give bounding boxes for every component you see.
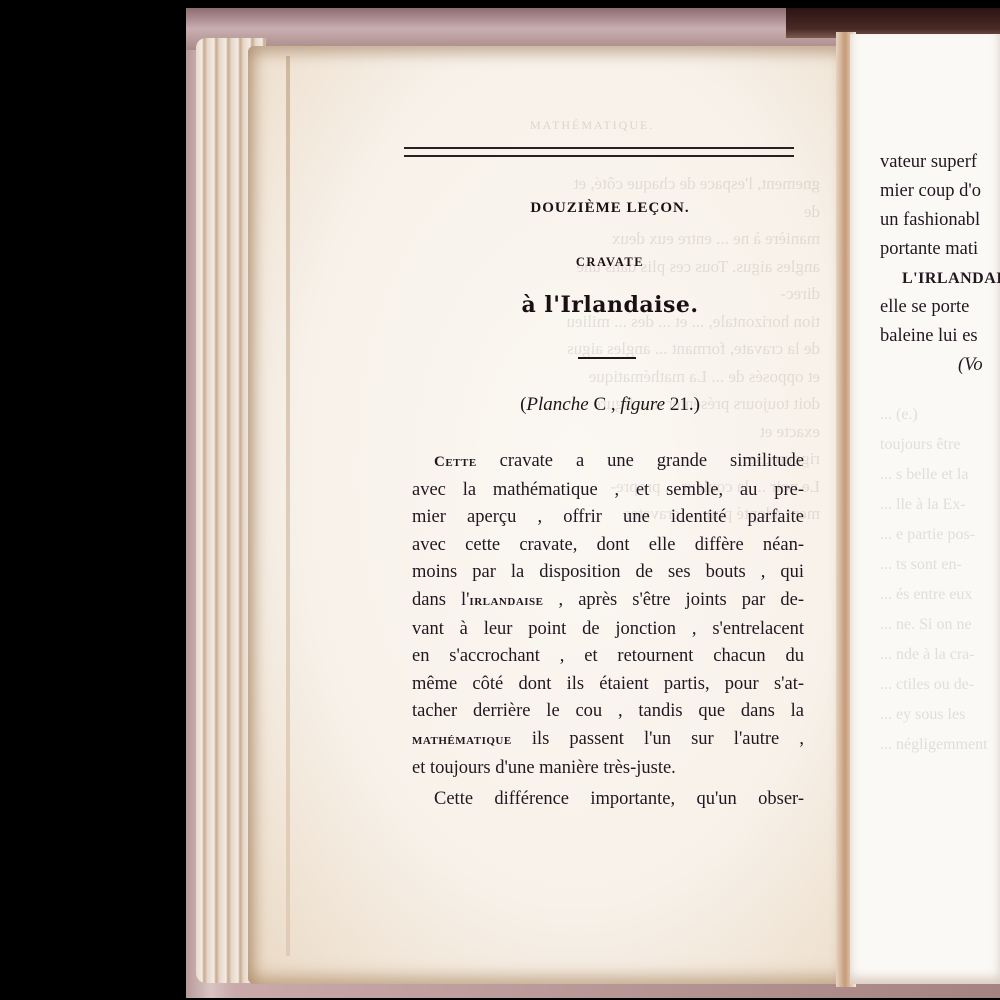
water-stain <box>286 56 290 956</box>
right-line-small-caps: L'IRLANDAIS <box>880 264 1000 293</box>
planche-label: Planche <box>526 394 588 415</box>
text-line: avec cette cravate, dont elle diffère né… <box>412 532 804 560</box>
ghost-line: ... lle à la Ex- <box>880 490 988 520</box>
text-line: avec la mathématique , et semble, au pre… <box>412 477 804 505</box>
right-line: un fashionabl <box>880 206 1000 235</box>
ghost-line: ... ey sous les <box>880 700 988 730</box>
plate-reference: (Planche C , figure 21.) <box>400 394 820 416</box>
line-text: Cette différence importante, qu'un obser… <box>434 789 804 809</box>
ghost-line: ... (e.) <box>880 400 988 430</box>
right-line: mier coup d'o <box>880 177 1000 206</box>
right-line: elle se porte <box>880 293 1000 322</box>
paren-close: ) <box>694 394 700 415</box>
line-text: tacher derrière le cou , tandis que dans… <box>412 701 804 721</box>
text-line: même côté dont ils étaient partis, pour … <box>412 671 804 699</box>
right-line: vateur superf <box>880 148 1000 177</box>
ghost-line: ... nde à la cra- <box>880 640 988 670</box>
ghost-line: ... e partie pos- <box>880 520 988 550</box>
line-text: en s'accrochant , et retournent chacun d… <box>412 646 804 666</box>
line-text: même côté dont ils étaient partis, pour … <box>412 674 804 694</box>
ghost-line: ... ctiles ou de- <box>880 670 988 700</box>
line-text: vant à leur point de jonction , s'entrel… <box>412 619 804 639</box>
chapter-subtitle: CRAVATE <box>400 255 820 270</box>
right-line-italic: (Vo <box>880 351 1000 380</box>
right-show-through: ... (e.) toujours être ... s belle et la… <box>860 400 1000 780</box>
planche-letter: C <box>593 394 606 415</box>
right-page-text: vateur superf mier coup d'o un fashionab… <box>880 148 1000 380</box>
text-line: Cette cravate a une grande similitude <box>412 448 804 477</box>
line-text: mier aperçu , offrir une identité parfai… <box>412 507 804 527</box>
text-line: moins par la disposition de ses bouts , … <box>412 559 804 587</box>
header-double-rule <box>404 147 794 157</box>
right-ghost-block: ... (e.) toujours être ... s belle et la… <box>880 400 988 760</box>
ghost-line: ... s belle et la <box>880 460 988 490</box>
small-caps-word: irlandaise <box>469 593 543 609</box>
line-text: avec la mathématique , et semble, au pre… <box>412 480 804 500</box>
text-line: mathématique ils passent l'un sur l'autr… <box>412 726 804 755</box>
line-text: avec cette cravate, dont elle diffère né… <box>412 535 804 555</box>
section-divider <box>578 357 636 359</box>
small-caps-word: Cette <box>434 454 477 470</box>
text-line: vant à leur point de jonction , s'entrel… <box>412 616 804 644</box>
text-line: Cette différence importante, qu'un obser… <box>412 786 804 814</box>
line-text: cravate a une grande similitude <box>477 451 804 471</box>
right-page-text-clip: vateur superf mier coup d'o un fashionab… <box>870 140 1000 380</box>
text-line: dans l'irlandaise , après s'être joints … <box>412 587 804 616</box>
line-text: , après s'être joints par de- <box>544 590 805 610</box>
figure-label: figure <box>620 394 665 415</box>
body-text: Cette cravate a une grande similitude av… <box>412 448 804 814</box>
ghost-line: ... ts sont en- <box>880 550 988 580</box>
running-header-show-through: MATHÉMATIQUE. <box>530 118 654 133</box>
lesson-title: DOUZIÈME LEÇON. <box>400 200 820 217</box>
line-text: et toujours d'une manière très-juste. <box>412 758 676 778</box>
text-line: en s'accrochant , et retournent chacun d… <box>412 643 804 671</box>
line-text: ils passent l'un sur l'autre , <box>512 729 804 749</box>
text-line: et toujours d'une manière très-juste. <box>412 755 804 783</box>
ghost-line: ... négligemment <box>880 730 988 760</box>
figure-number: 21. <box>670 394 694 415</box>
text-line: mier aperçu , offrir une identité parfai… <box>412 504 804 532</box>
right-line: portante mati <box>880 235 1000 264</box>
ghost-line: toujours être <box>880 430 988 460</box>
separator: , <box>611 394 616 415</box>
line-text: dans l' <box>412 590 469 610</box>
small-caps-word: mathématique <box>412 732 512 748</box>
text-line: tacher derrière le cou , tandis que dans… <box>412 698 804 726</box>
blackletter-title: à l'Irlandaise. <box>400 292 820 318</box>
right-line: baleine lui es <box>880 322 1000 351</box>
line-text: moins par la disposition de ses bouts , … <box>412 562 804 582</box>
ghost-line: ... ne. Si on ne <box>880 610 988 640</box>
ghost-line: ... és entre eux <box>880 580 988 610</box>
